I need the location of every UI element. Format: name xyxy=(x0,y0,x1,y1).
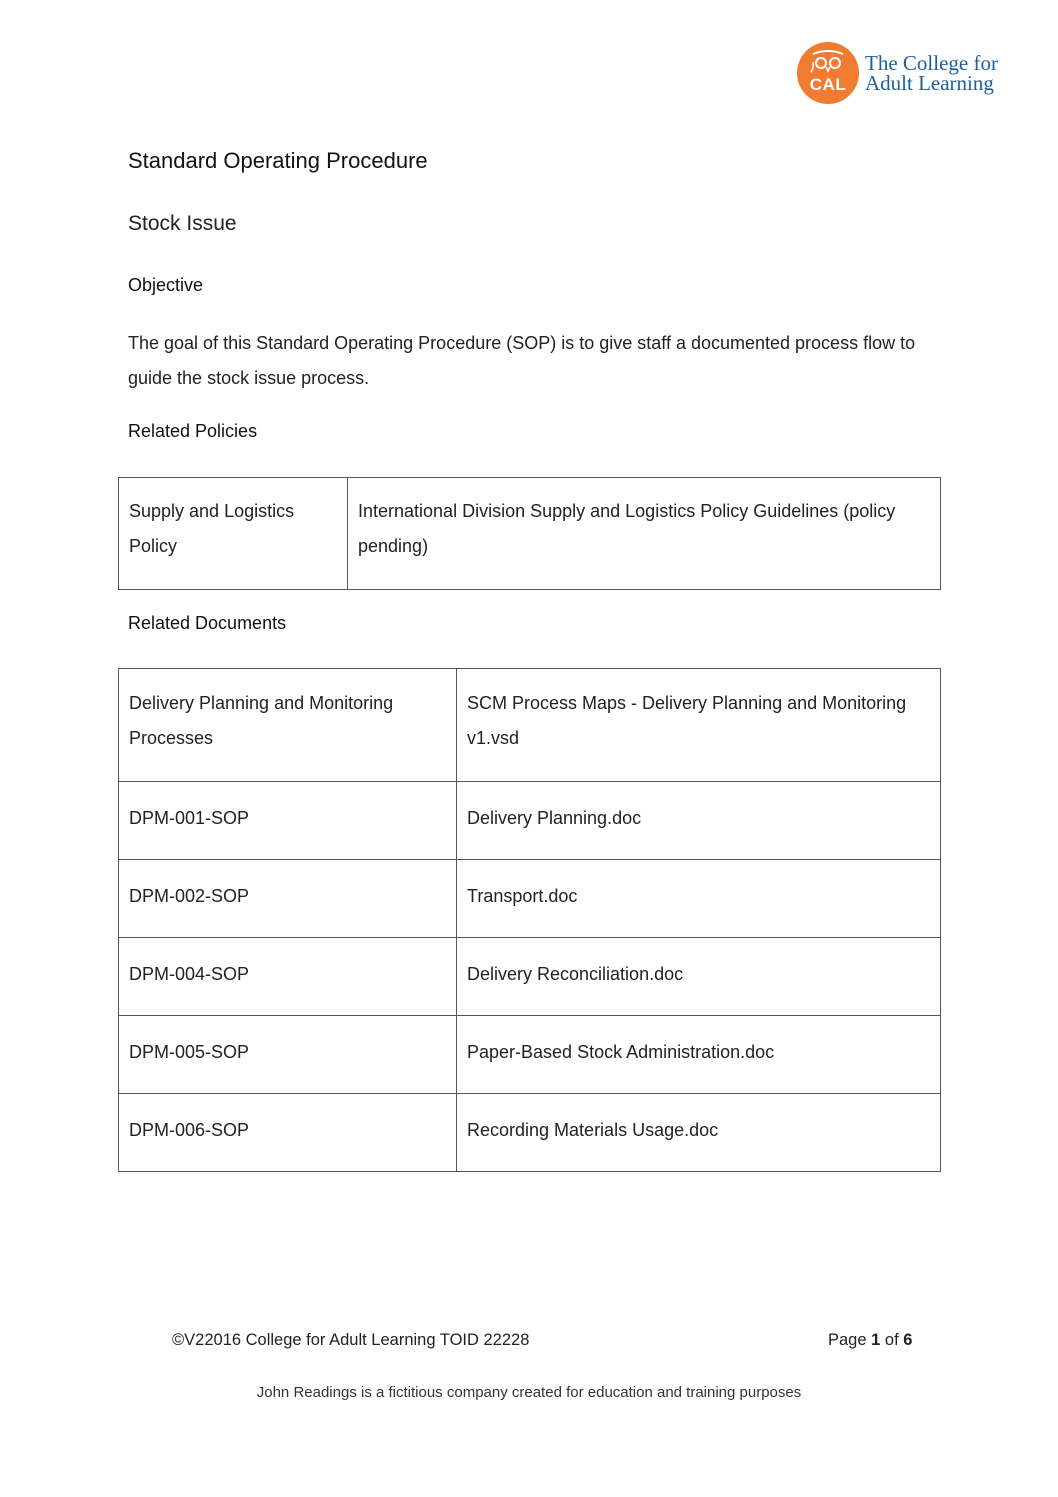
table-row: DPM-004-SOP Delivery Reconciliation.doc xyxy=(119,938,941,1016)
owl-icon xyxy=(809,50,847,81)
page-current: 1 xyxy=(871,1331,880,1349)
footer-disclaimer: John Readings is a fictitious company cr… xyxy=(0,1384,1058,1401)
table-row: DPM-006-SOP Recording Materials Usage.do… xyxy=(119,1094,941,1172)
page-number: Page 1 of 6 xyxy=(828,1331,912,1350)
logo-line-2: Adult Learning xyxy=(865,73,998,93)
logo-line-1: The College for xyxy=(865,53,998,73)
page-subtitle: Stock Issue xyxy=(128,212,237,236)
document-name: DPM-002-SOP xyxy=(119,860,457,938)
table-row: DPM-005-SOP Paper-Based Stock Administra… xyxy=(119,1016,941,1094)
page-prefix: Page xyxy=(828,1331,867,1349)
footer-copyright: ©V22016 College for Adult Learning TOID … xyxy=(172,1331,529,1350)
related-documents-table: Delivery Planning and Monitoring Process… xyxy=(118,668,941,1172)
objective-text: The goal of this Standard Operating Proc… xyxy=(128,326,928,396)
page-total: 6 xyxy=(903,1331,912,1349)
document-name: Delivery Planning and Monitoring Process… xyxy=(119,669,457,782)
document-name: DPM-006-SOP xyxy=(119,1094,457,1172)
logo-badge: CAL xyxy=(797,42,859,104)
document-name: DPM-001-SOP xyxy=(119,782,457,860)
page-title: Standard Operating Procedure xyxy=(128,148,428,174)
table-row: DPM-002-SOP Transport.doc xyxy=(119,860,941,938)
policy-name: Supply and Logistics Policy xyxy=(119,478,348,590)
document-file: Recording Materials Usage.doc xyxy=(457,1094,941,1172)
college-logo: CAL The College for Adult Learning xyxy=(797,42,998,104)
document-file: Delivery Planning.doc xyxy=(457,782,941,860)
objective-heading: Objective xyxy=(128,275,203,296)
document-file: SCM Process Maps - Delivery Planning and… xyxy=(457,669,941,782)
document-file: Delivery Reconciliation.doc xyxy=(457,938,941,1016)
table-row: Delivery Planning and Monitoring Process… xyxy=(119,669,941,782)
document-name: DPM-005-SOP xyxy=(119,1016,457,1094)
policy-description: International Division Supply and Logist… xyxy=(348,478,941,590)
logo-wordmark: The College for Adult Learning xyxy=(865,53,998,93)
document-name: DPM-004-SOP xyxy=(119,938,457,1016)
table-row: DPM-001-SOP Delivery Planning.doc xyxy=(119,782,941,860)
table-row: Supply and Logistics Policy Internationa… xyxy=(119,478,941,590)
document-file: Paper-Based Stock Administration.doc xyxy=(457,1016,941,1094)
page-of: of xyxy=(885,1331,899,1349)
document-file: Transport.doc xyxy=(457,860,941,938)
related-policies-heading: Related Policies xyxy=(128,421,257,442)
related-policies-table: Supply and Logistics Policy Internationa… xyxy=(118,477,941,590)
related-documents-heading: Related Documents xyxy=(128,613,286,634)
